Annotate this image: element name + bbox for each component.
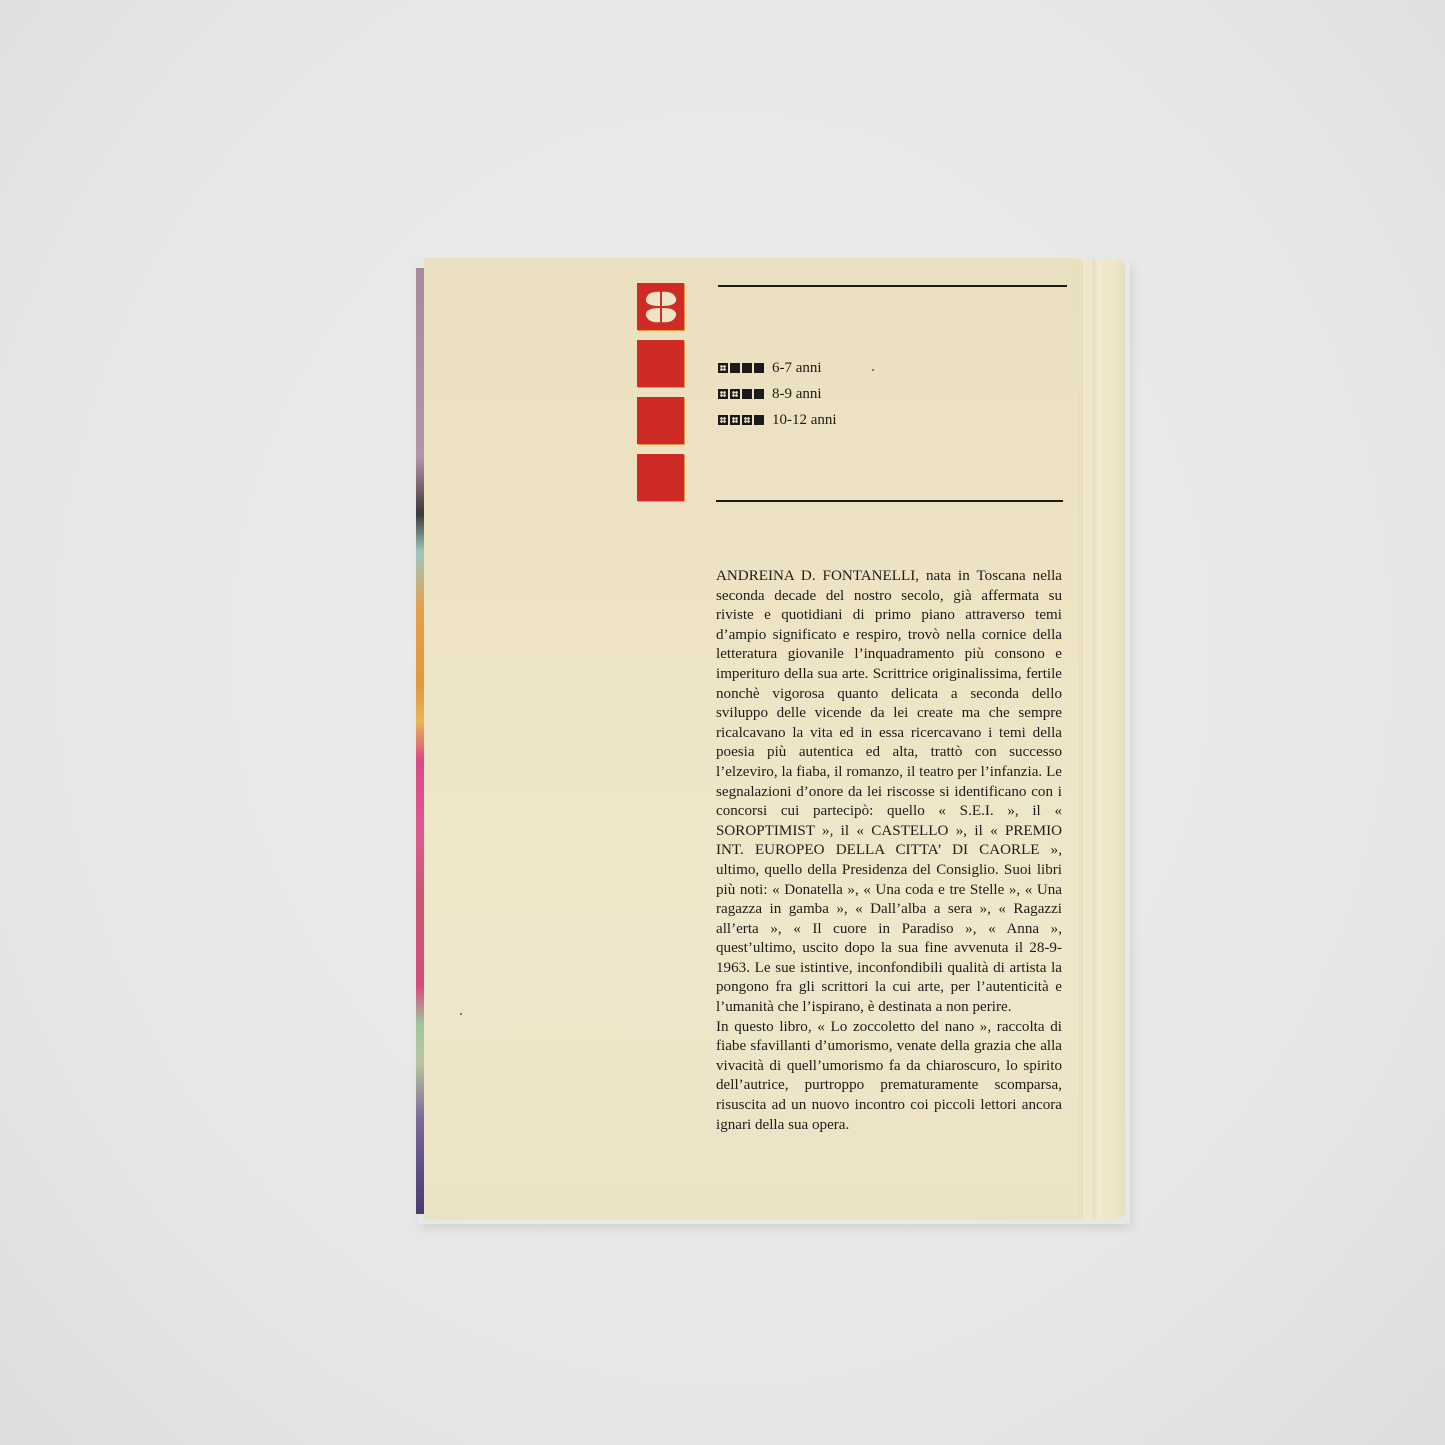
- publisher-logo: [637, 283, 684, 330]
- top-rule: [718, 285, 1067, 287]
- age-level-row: 10-12 anni: [718, 411, 837, 429]
- four-petal-flower-icon: [642, 288, 680, 326]
- bottom-rule: [716, 500, 1063, 502]
- age-level-label: 10-12 anni: [772, 412, 837, 429]
- age-level-label: 6-7 anni: [772, 360, 822, 377]
- red-block-3: [637, 454, 684, 501]
- speck: [872, 369, 874, 371]
- age-level-label: 8-9 anni: [772, 386, 822, 403]
- bio-paragraph: ANDREINA D. FONTANELLI, nata in Toscana …: [716, 567, 1062, 1018]
- age-level-indicator: [718, 389, 764, 399]
- age-level-row: 8-9 anni: [718, 385, 822, 403]
- red-block-1: [637, 340, 684, 387]
- age-level-indicator: [718, 415, 764, 425]
- book-spine: [1079, 259, 1125, 1219]
- age-level-row: 6-7 anni: [718, 359, 822, 377]
- author-biography: ANDREINA D. FONTANELLI, nata in Toscana …: [716, 567, 1062, 1135]
- age-level-indicator: [718, 363, 764, 373]
- speck: [460, 1013, 462, 1015]
- book-description-paragraph: In questo libro, « Lo zoccoletto del nan…: [716, 1018, 1062, 1136]
- red-block-2: [637, 397, 684, 444]
